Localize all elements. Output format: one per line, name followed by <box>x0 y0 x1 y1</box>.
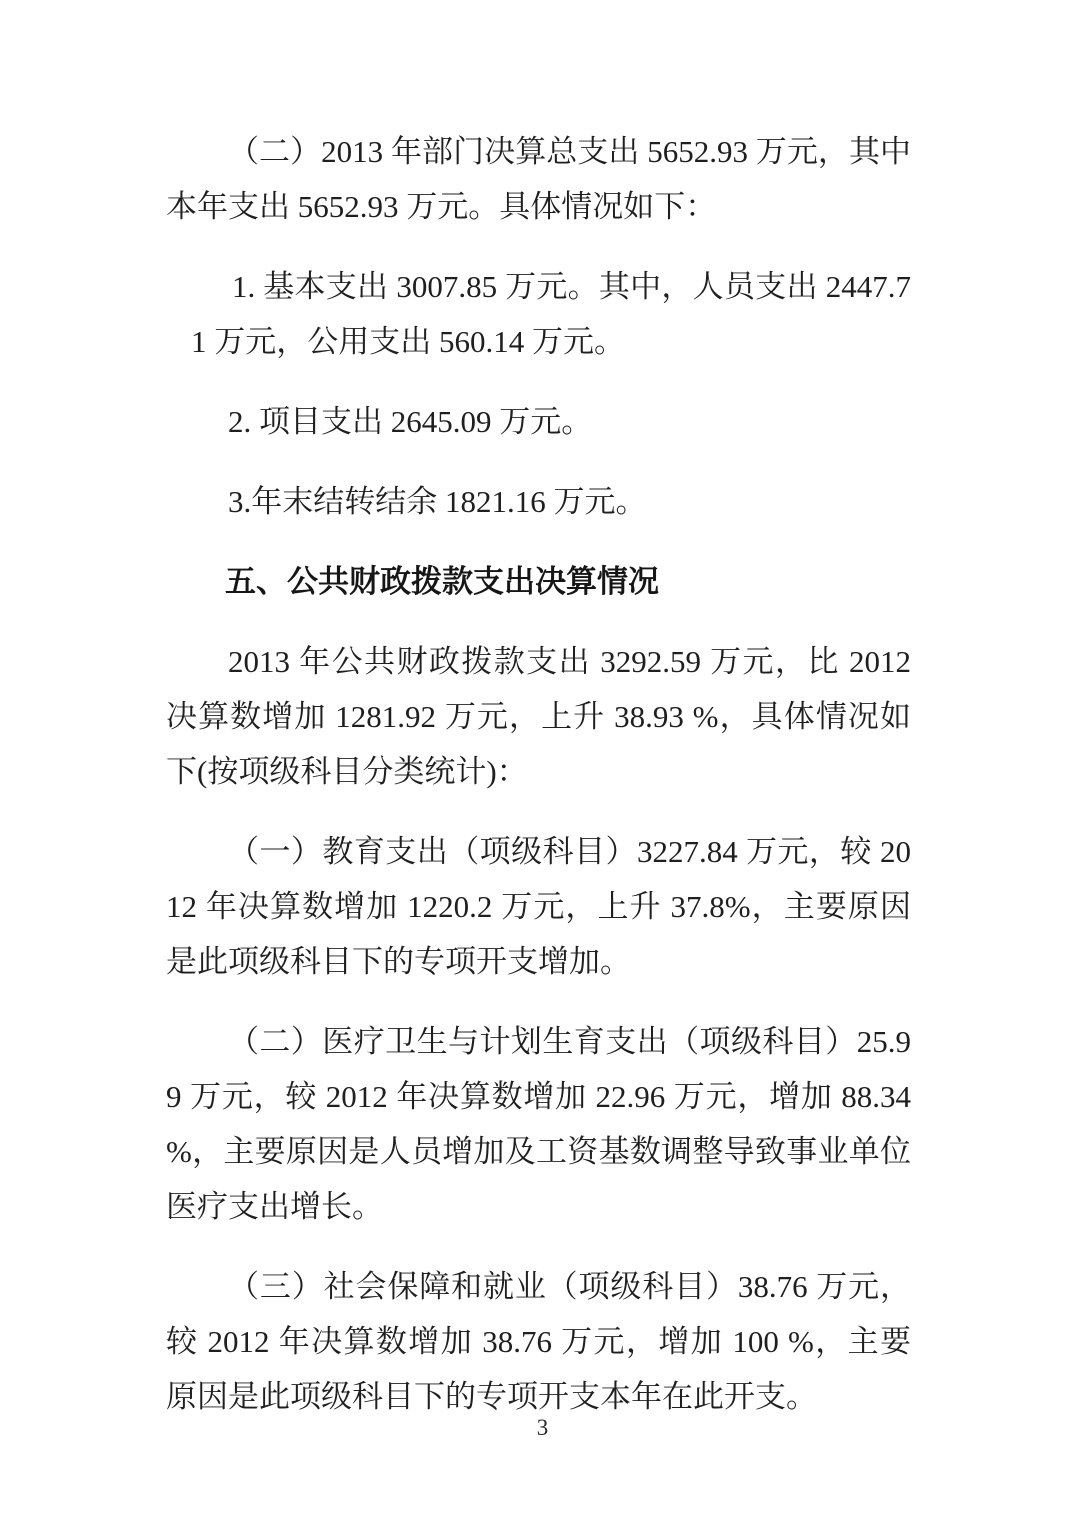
page-footer: 3 <box>0 1413 1085 1443</box>
paragraph-public-finance-summary: 2013 年公共财政拨款支出 3292.59 万元，比 2012 决算数增加 1… <box>166 634 911 799</box>
list-item-yearend-carryover: 3.年末结转结余 1821.16 万元。 <box>166 474 911 529</box>
paragraph-education-expenditure: （一）教育支出（项级科目）3227.84 万元，较 2012 年决算数增加 12… <box>166 824 911 989</box>
document-body: （二）2013 年部门决算总支出 5652.93 万元，其中本年支出 5652.… <box>166 124 911 1424</box>
paragraph-social-security-employment-expenditure: （三）社会保障和就业（项级科目）38.76 万元，较 2012 年决算数增加 3… <box>166 1259 911 1424</box>
list-item-basic-expenditure: 1. 基本支出 3007.85 万元。其中，人员支出 2447.71 万元，公用… <box>166 259 911 369</box>
paragraph-health-family-planning-expenditure: （二）医疗卫生与计划生育支出（项级科目）25.99 万元，较 2012 年决算数… <box>166 1014 911 1234</box>
section-heading-public-finance-expenditure: 五、公共财政拨款支出决算情况 <box>166 554 911 609</box>
paragraph-total-expenditure: （二）2013 年部门决算总支出 5652.93 万元，其中本年支出 5652.… <box>166 124 911 234</box>
document-page: （二）2013 年部门决算总支出 5652.93 万元，其中本年支出 5652.… <box>0 0 1085 1536</box>
page-number: 3 <box>537 1415 549 1440</box>
list-item-project-expenditure: 2. 项目支出 2645.09 万元。 <box>166 394 911 449</box>
